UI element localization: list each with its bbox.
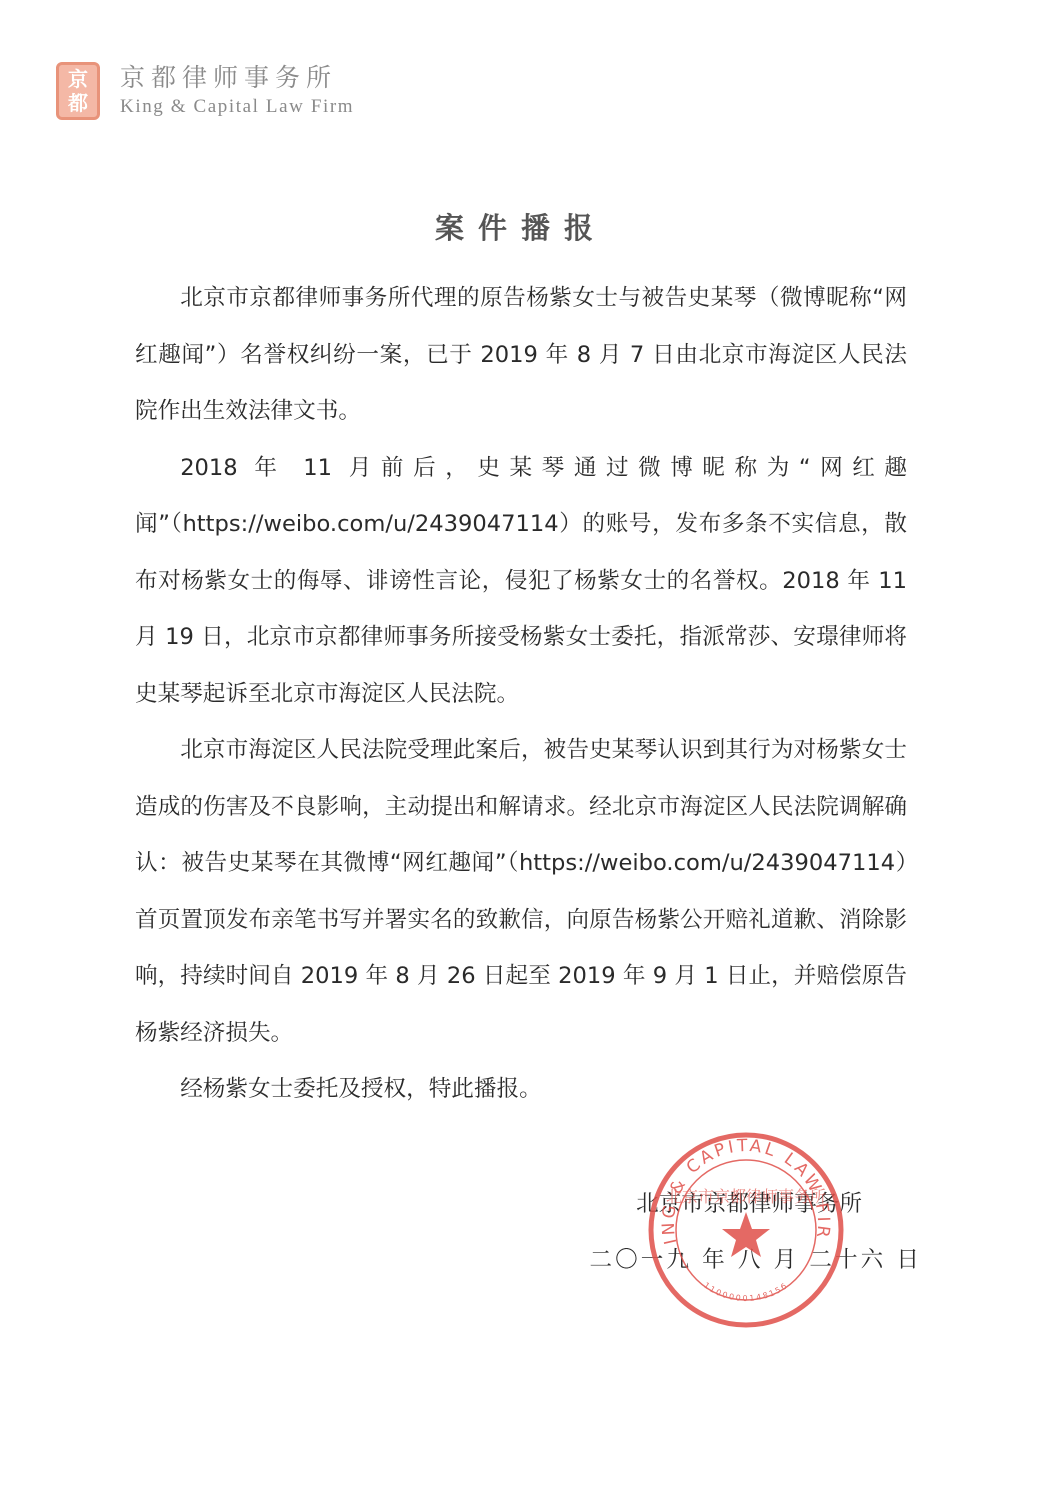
logo-char-1: 京 xyxy=(68,67,88,91)
document-body: 北京市京都律师事务所代理的原告杨紫女士与被告史某琴（微博昵称“网红趣闻”）名誉权… xyxy=(135,270,907,1118)
signature-block: 北京市京都律师事务所 二〇一九 年 八 月 二十六 日 xyxy=(590,1176,922,1288)
signature-organization: 北京市京都律师事务所 xyxy=(590,1176,922,1232)
firm-name-english: King & Capital Law Firm xyxy=(120,95,354,119)
letterhead: 京 都 京都律师事务所 King & Capital Law Firm xyxy=(56,62,354,120)
logo-char-2: 都 xyxy=(68,91,88,115)
firm-name-chinese: 京都律师事务所 xyxy=(120,63,354,93)
paragraph-1: 北京市京都律师事务所代理的原告杨紫女士与被告史某琴（微博昵称“网红趣闻”）名誉权… xyxy=(135,270,907,440)
paragraph-3: 北京市海淀区人民法院受理此案后，被告史某琴认识到其行为对杨紫女士造成的伤害及不良… xyxy=(135,722,907,1061)
firm-logo-seal: 京 都 xyxy=(56,62,100,120)
document-title: 案件播报 xyxy=(0,206,1042,247)
firm-names: 京都律师事务所 King & Capital Law Firm xyxy=(120,63,354,119)
paragraph-2: 2018 年 11 月前后，史某琴通过微博昵称为“网红趣闻”（https://w… xyxy=(135,440,907,723)
paragraph-4: 经杨紫女士委托及授权，特此播报。 xyxy=(135,1061,907,1118)
signature-date: 二〇一九 年 八 月 二十六 日 xyxy=(590,1232,922,1288)
